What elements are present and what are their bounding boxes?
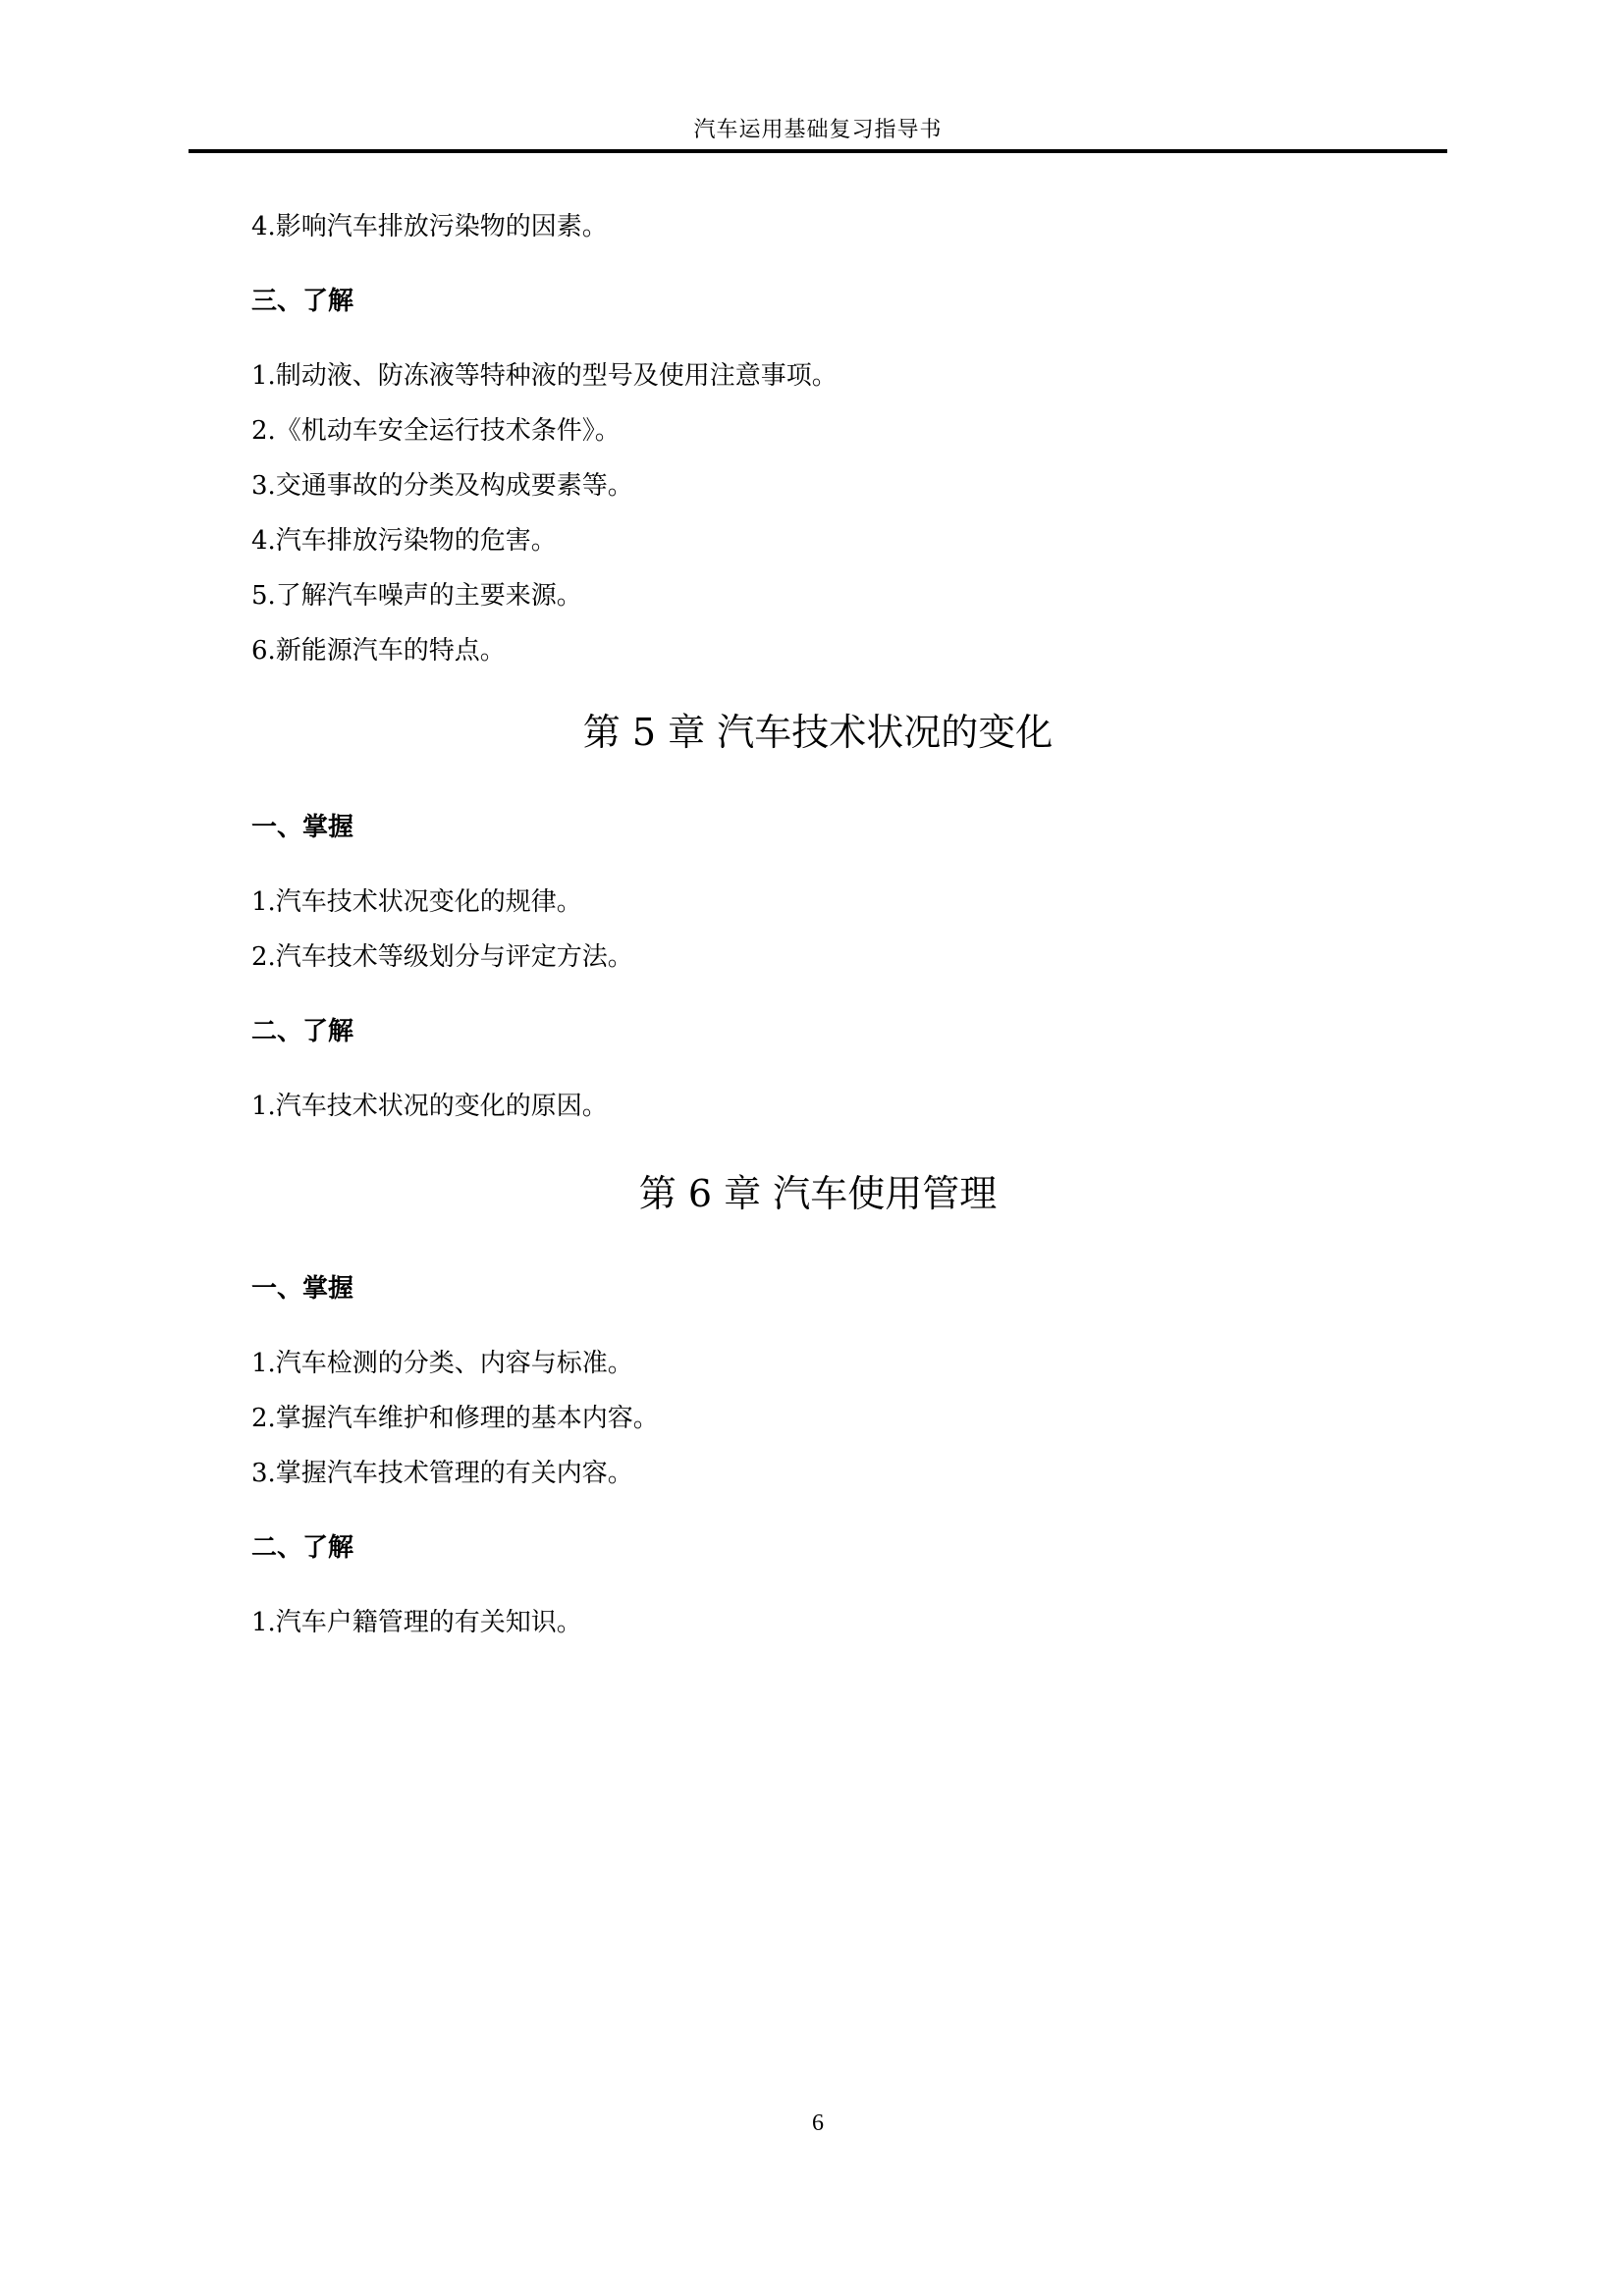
list-item: 1.汽车户籍管理的有关知识。: [251, 1606, 582, 1639]
list-item: 1.汽车检测的分类、内容与标准。: [251, 1347, 633, 1380]
list-item: 2.《机动车安全运行技术条件》。: [251, 414, 621, 448]
section-heading-understand: 三、了解: [251, 285, 353, 318]
list-item: 4.影响汽车排放污染物的因素。: [251, 210, 608, 243]
list-item: 2.汽车技术等级划分与评定方法。: [251, 940, 633, 974]
list-item: 4.汽车排放污染物的危害。: [251, 524, 557, 558]
header-divider: [189, 149, 1447, 153]
list-item: 3.掌握汽车技术管理的有关内容。: [251, 1457, 633, 1490]
list-item: 6.新能源汽车的特点。: [251, 634, 506, 667]
chapter-title: 第 6 章 汽车使用管理: [189, 1170, 1447, 1217]
list-item: 1.汽车技术状况变化的规律。: [251, 885, 582, 919]
list-item: 1.制动液、防冻液等特种液的型号及使用注意事项。: [251, 359, 838, 393]
section-heading-master: 一、掌握: [251, 811, 353, 844]
running-header: 汽车运用基础复习指导书: [189, 116, 1447, 145]
list-item: 2.掌握汽车维护和修理的基本内容。: [251, 1402, 659, 1435]
section-heading-understand: 二、了解: [251, 1531, 353, 1565]
list-item: 3.交通事故的分类及构成要素等。: [251, 469, 633, 503]
section-heading-understand: 二、了解: [251, 1015, 353, 1048]
page-number: 6: [189, 2109, 1447, 2138]
list-item: 1.汽车技术状况的变化的原因。: [251, 1090, 608, 1123]
list-item: 5.了解汽车噪声的主要来源。: [251, 579, 582, 613]
chapter-title: 第 5 章 汽车技术状况的变化: [189, 709, 1447, 756]
section-heading-master: 一、掌握: [251, 1272, 353, 1306]
